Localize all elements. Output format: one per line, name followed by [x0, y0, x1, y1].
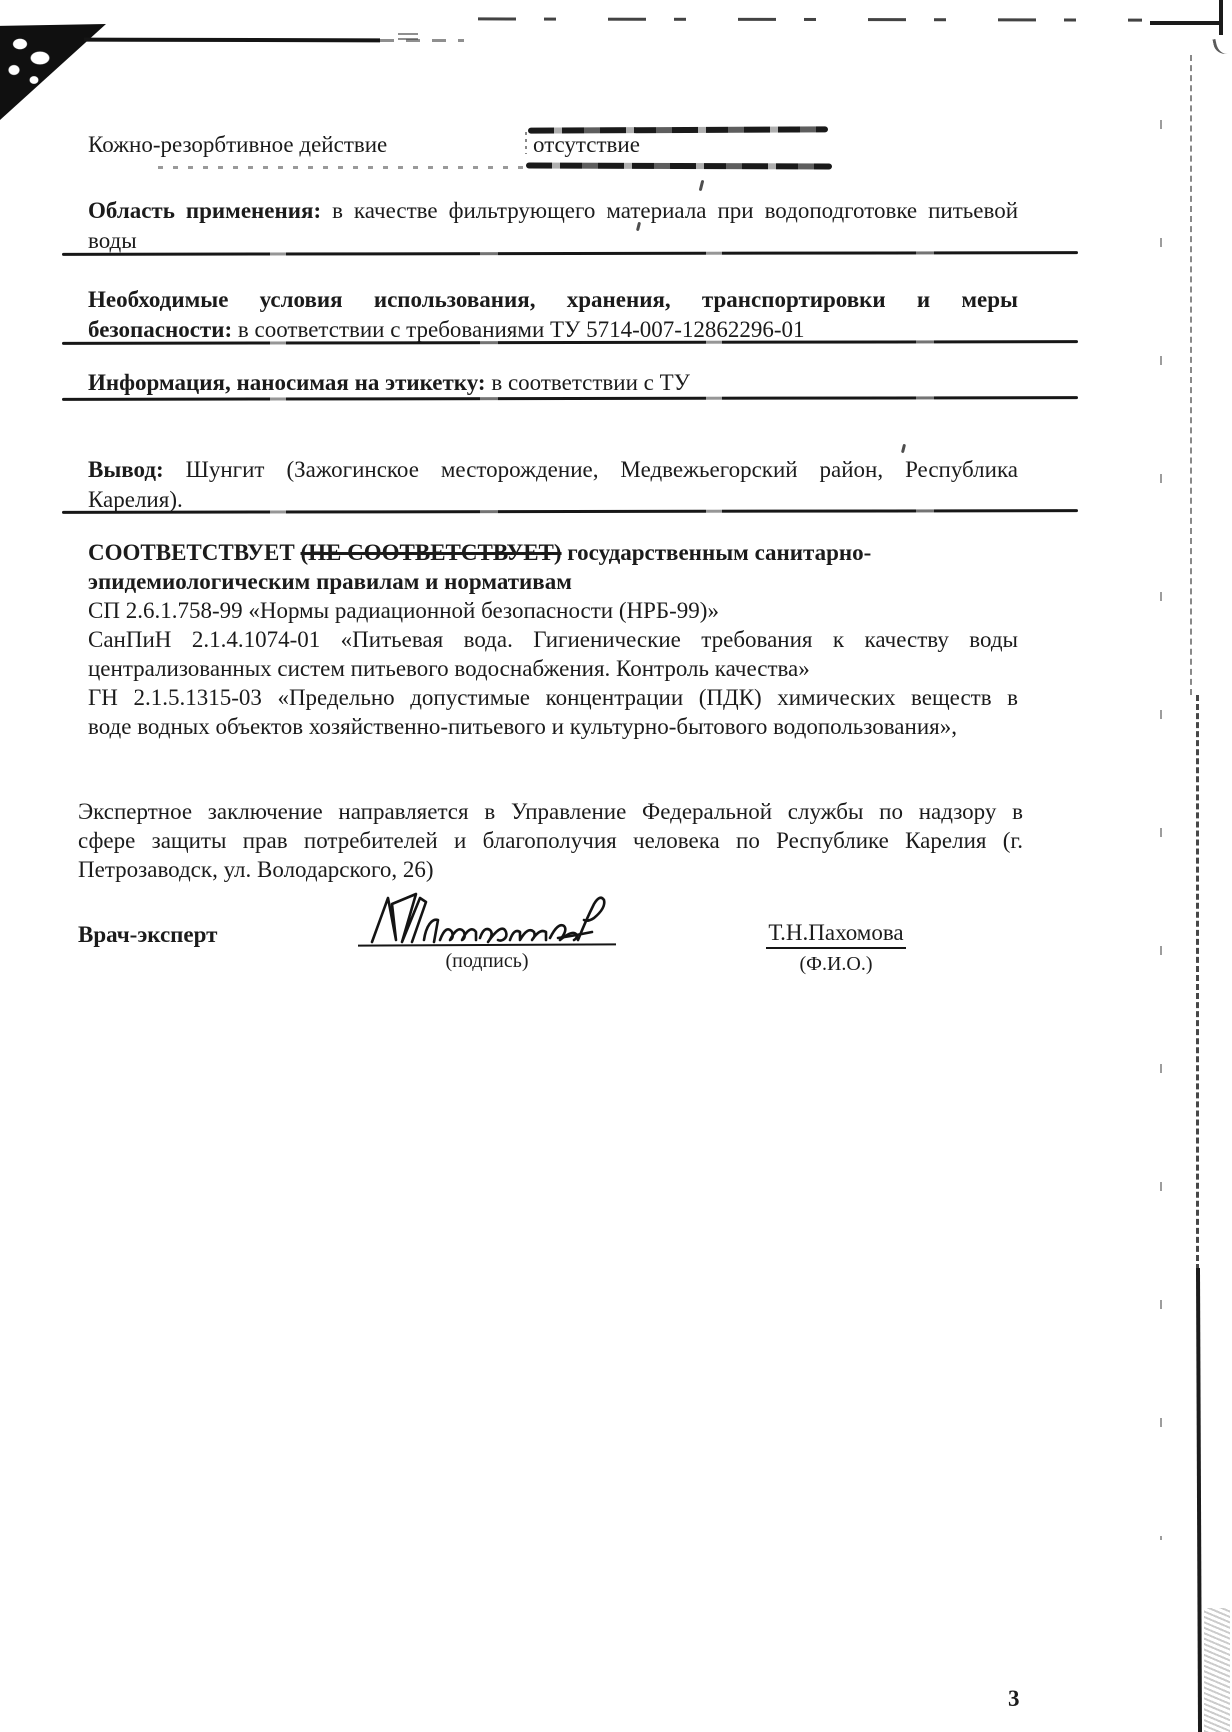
dispatch-section: Экспертное заключение направляется в Упр…: [78, 797, 1023, 884]
handwritten-signature: [358, 892, 616, 946]
top-edge-segment-artifact: [1150, 21, 1222, 25]
conclusion-section: Вывод: Шунгит (Зажогинское месторождение…: [88, 455, 1018, 515]
signature-caption: (подпись): [358, 950, 616, 972]
smudge-line-artifact: [526, 162, 832, 169]
fold-line-fade-artifact: [380, 39, 464, 42]
right-edge-dots-artifact: [1160, 120, 1162, 1540]
label-info-section: Информация, наносимая на этикетку: в соо…: [88, 368, 1018, 398]
stray-mark: [398, 38, 418, 40]
label-info-label: Информация, наносимая на этикетку:: [88, 370, 486, 395]
verdict-section: СООТВЕТСТВУЕТ (НЕ СООТВЕТСТВУЕТ) государ…: [88, 538, 1018, 741]
right-edge-dashed-line-artifact: [1196, 695, 1199, 1270]
right-edge-speckle-artifact: [1204, 1608, 1230, 1732]
regulation-gn-line1: ГН 2.1.5.1315-03 «Предельно допустимые к…: [88, 683, 1018, 712]
top-edge-dashes-artifact: [478, 17, 1142, 21]
stray-tick-mark: [901, 444, 906, 453]
regulation-sanpin-line2: централизованных систем питьевого водосн…: [88, 654, 1018, 683]
expert-name-group: Т.Н.Пахомова (Ф.И.О.): [748, 920, 924, 975]
conclusion-text: Шунгит (Зажогинское месторождение, Медве…: [186, 457, 1018, 482]
scope-section: Область применения: в качестве фильтрующ…: [88, 196, 1018, 256]
regulation-gn-line2: воде водных объектов хозяйственно-питьев…: [88, 712, 1018, 741]
scope-text: в качестве фильтрующего материала при во…: [332, 198, 1018, 223]
skin-resorptive-label: Кожно-резорбтивное действие: [88, 132, 387, 157]
top-corner-hook-artifact: [1219, 0, 1223, 35]
right-edge-solid-line-artifact: [1196, 1268, 1202, 1732]
expert-name: Т.Н.Пахомова: [766, 920, 905, 949]
conclusion-label: Вывод:: [88, 457, 164, 482]
ghost-colon-mark: [525, 132, 527, 154]
expert-role-label: Врач-эксперт: [78, 922, 217, 948]
verdict-line2: эпидемиологическим правилам и нормативам: [88, 567, 1018, 596]
dotted-trail-artifact: [158, 166, 526, 169]
regulation-sanpin-line1: СанПиН 2.1.4.1074-01 «Питьевая вода. Гиг…: [88, 625, 1018, 654]
label-info-line: Информация, наносимая на этикетку: в соо…: [88, 368, 1018, 398]
stray-tick-mark: [699, 180, 705, 191]
expert-name-caption: (Ф.И.О.): [748, 953, 924, 975]
top-corner-curl-artifact: [1212, 37, 1228, 56]
verdict-match: СООТВЕТСТВУЕТ: [88, 540, 295, 565]
skin-resorptive-value: отсутствие: [533, 130, 640, 160]
conclusion-line1: Вывод: Шунгит (Зажогинское месторождение…: [88, 455, 1018, 485]
dispatch-line2: сфере защиты прав потребителей и благопо…: [78, 826, 1023, 855]
scope-label: Область применения:: [88, 198, 321, 223]
scanned-document-page: Кожно-резорбтивное действие отсутствие О…: [0, 0, 1232, 1732]
stray-mark: [398, 33, 418, 35]
scope-line1: Область применения: в качестве фильтрующ…: [88, 196, 1018, 226]
verdict-rest: государственным санитарно-: [567, 540, 871, 565]
regulation-sp: СП 2.6.1.758-99 «Нормы радиационной безо…: [88, 596, 1018, 625]
signature-underline: [358, 943, 616, 946]
conditions-section: Необходимые условия использования, хране…: [88, 285, 1018, 345]
verdict-line1: СООТВЕТСТВУЕТ (НЕ СООТВЕТСТВУЕТ) государ…: [88, 538, 1018, 567]
skin-resorptive-row: Кожно-резорбтивное действие отсутствие: [88, 130, 1018, 160]
conditions-label-line1: Необходимые условия использования, хране…: [88, 285, 1018, 315]
fold-line-artifact: [84, 38, 380, 42]
label-info-text: в соответствии с ТУ: [491, 370, 690, 395]
right-edge-dashed-line-artifact: [1190, 55, 1192, 695]
conditions-label-line2: безопасности:: [88, 317, 232, 342]
page-number: 3: [1008, 1686, 1020, 1712]
section-rule: [62, 396, 1078, 401]
dispatch-line1: Экспертное заключение направляется в Упр…: [78, 797, 1023, 826]
dispatch-line3: Петрозаводск, ул. Володарского, 26): [78, 855, 1023, 884]
verdict-struck-option: (НЕ СООТВЕТСТВУЕТ): [301, 540, 562, 565]
conditions-text: в соответствии с требованиями ТУ 5714-00…: [238, 317, 805, 342]
signature-group: (подпись): [358, 892, 616, 972]
